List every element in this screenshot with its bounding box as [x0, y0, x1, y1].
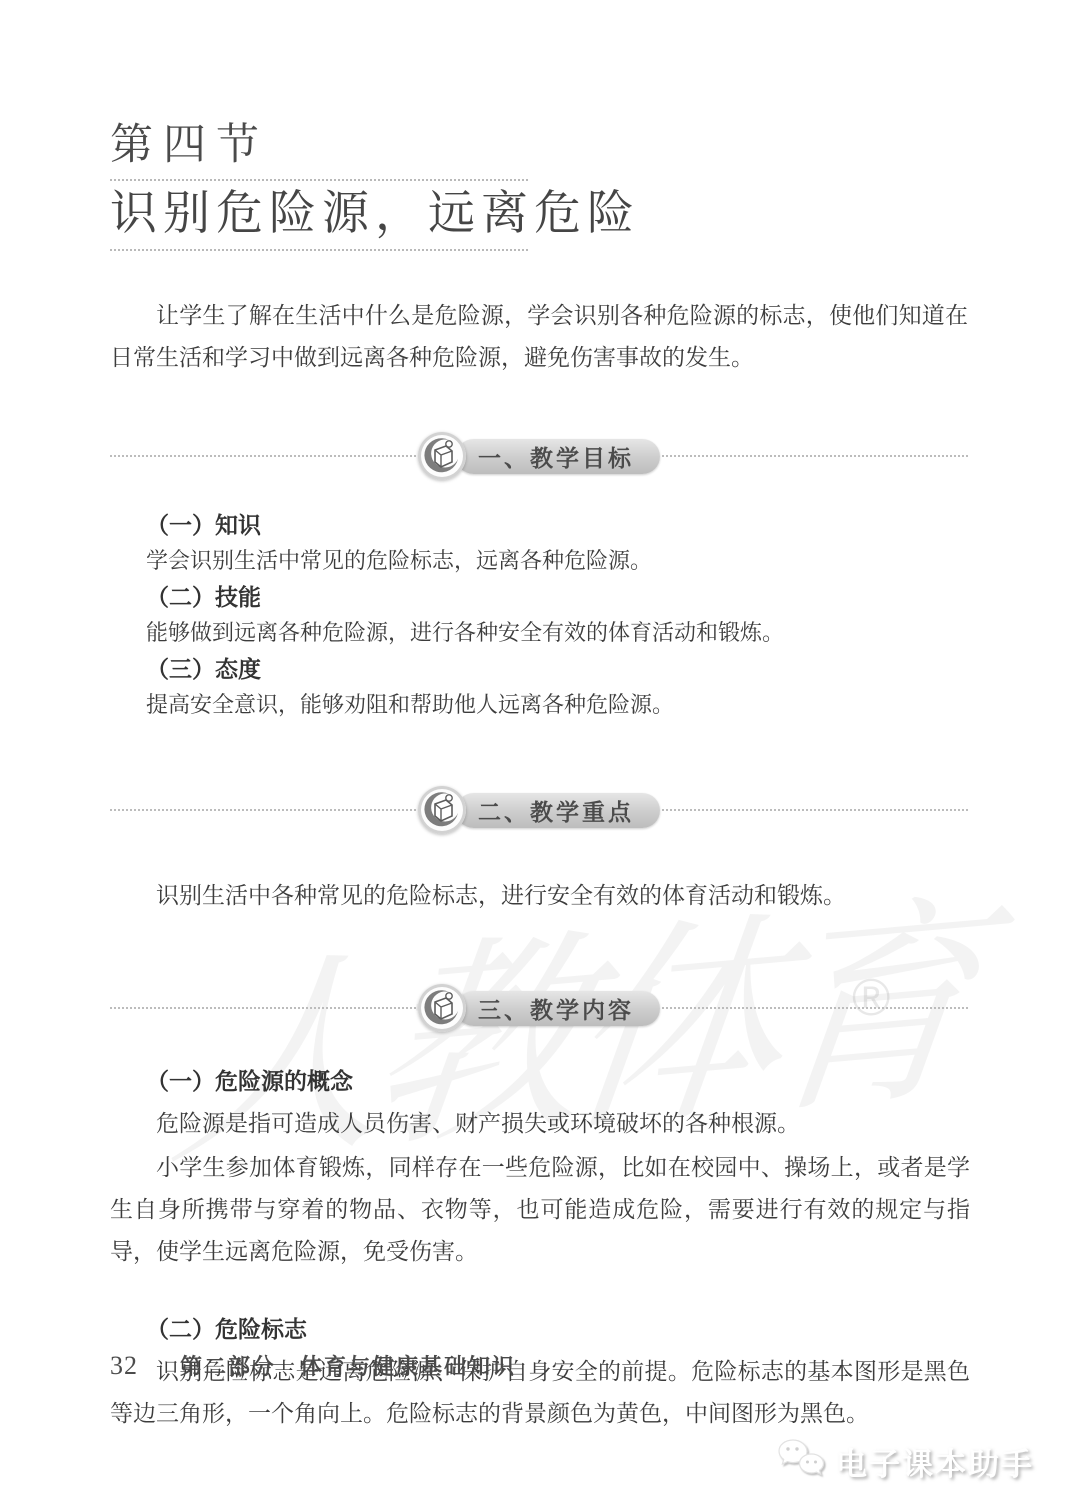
intro-paragraph: 让学生了解在生活中什么是危险源，学会识别各种危险源的标志，使他们知道在日常生活和…	[110, 295, 968, 379]
section-badge-pill: 三、教学内容	[456, 991, 660, 1026]
section-badge-row: 一、教学目标	[110, 431, 968, 481]
objectives-list: （一）知识 学会识别生活中常见的危险标志，远离各种危险源。 （二）技能 能够做到…	[146, 507, 968, 723]
section-badge-label: 一、教学目标	[478, 440, 634, 473]
content-subheading: （一）危险源的概念	[146, 1061, 968, 1101]
content-subheading: （二）危险标志	[146, 1309, 968, 1349]
section-badge-row: 三、教学内容	[110, 983, 968, 1033]
title-divider-top	[110, 179, 528, 181]
key-point-paragraph: 识别生活中各种常见的危险标志，进行安全有效的体育活动和锻炼。	[110, 875, 970, 917]
section-badge-label: 三、教学内容	[478, 992, 634, 1025]
page-content: 第四节 识别危险源，远离危险 让学生了解在生活中什么是危险源，学会识别各种危险源…	[0, 0, 1080, 1435]
content-paragraph: 危险源是指可造成人员伤害、财产损失或环境破坏的各种根源。	[110, 1103, 970, 1145]
textbook-page: 人教体育 ® 第四节 识别危险源，远离危险 让学生了解在生活中什么是危险源，学会…	[0, 0, 1080, 1508]
page-number: 32	[110, 1351, 138, 1381]
section-badge: 三、教学内容	[418, 984, 660, 1032]
app-watermark-label: 电子课本助手	[836, 1439, 1034, 1484]
swirl-logo-icon	[418, 984, 466, 1032]
section-badge-pill: 二、教学重点	[456, 793, 660, 828]
section-badge: 二、教学重点	[418, 786, 660, 834]
section-badge-row: 二、教学重点	[110, 785, 968, 835]
objective-subheading: （二）技能	[146, 579, 968, 615]
objective-text: 能够做到远离各种危险源，进行各种安全有效的体育活动和锻炼。	[146, 615, 968, 651]
part-label: 第二部分	[180, 1350, 276, 1381]
page-title: 识别危险源，远离危险	[110, 187, 968, 241]
section-badge: 一、教学目标	[418, 432, 660, 480]
objective-subheading: （一）知识	[146, 507, 968, 543]
wechat-bubbles-icon	[776, 1437, 828, 1486]
app-watermark: 电子课本助手	[776, 1437, 1034, 1486]
section-number: 第四节	[110, 122, 968, 169]
objective-text: 学会识别生活中常见的危险标志，远离各种危险源。	[146, 543, 968, 579]
section-badge-pill: 一、教学目标	[456, 439, 660, 474]
title-divider-bottom	[110, 249, 528, 251]
objective-text: 提高安全意识，能够劝阻和帮助他人远离各种危险源。	[146, 687, 968, 723]
content-paragraph: 小学生参加体育锻炼，同样存在一些危险源，比如在校园中、操场上，或者是学生自身所携…	[110, 1147, 970, 1273]
objective-subheading: （三）态度	[146, 651, 968, 687]
book-title: 体育与健康基础知识	[300, 1350, 516, 1381]
section-badge-label: 二、教学重点	[478, 794, 634, 827]
content-block-hazard-concept: （一）危险源的概念 危险源是指可造成人员伤害、财产损失或环境破坏的各种根源。 小…	[110, 1061, 968, 1273]
page-footer: 32 第二部分 体育与健康基础知识	[110, 1350, 516, 1381]
swirl-logo-icon	[418, 432, 466, 480]
swirl-logo-icon	[418, 786, 466, 834]
